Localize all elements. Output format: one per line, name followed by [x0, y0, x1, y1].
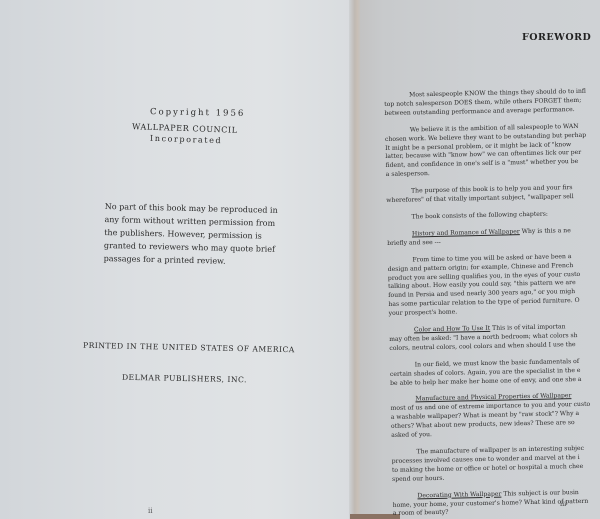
- rights-notice: No part of this book may be reproduced i…: [104, 200, 295, 269]
- foreword-body: Most salespeople KNOW the things they sh…: [384, 87, 600, 519]
- chapter-title: Decorating With Wallpaper: [417, 490, 501, 499]
- page-number-left: ii: [148, 507, 152, 515]
- page-number-right: iii: [560, 500, 566, 508]
- foreword-heading: FOREWORD: [522, 32, 591, 43]
- chapter-title: Color and How To Use It: [414, 325, 490, 334]
- copyright-line: Copyright 1956: [150, 107, 245, 119]
- book-spread: Copyright 1956 WALLPAPER COUNCIL Incorpo…: [0, 0, 600, 519]
- chapter-title: History and Romance of Wallpaper: [412, 228, 520, 237]
